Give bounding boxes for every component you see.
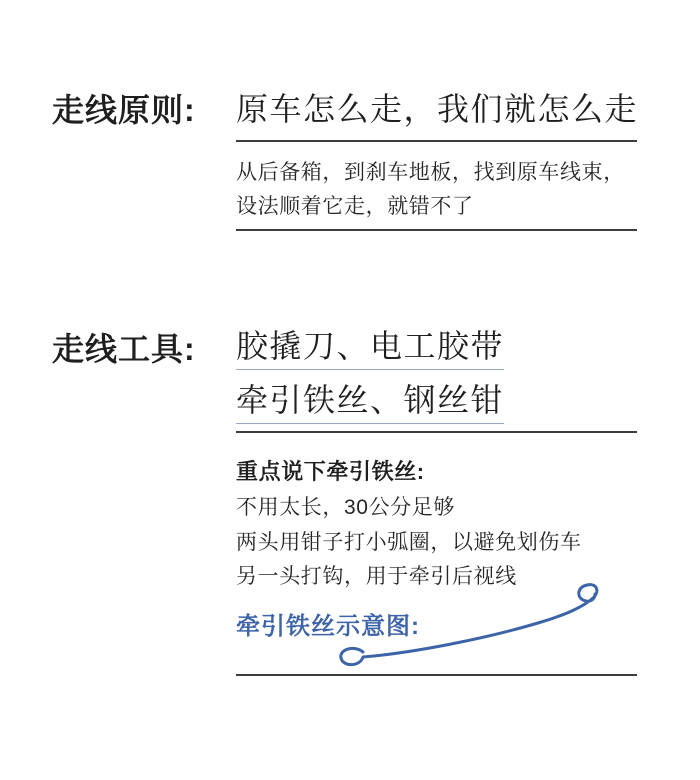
tool-list-line: 牵引铁丝、钢丝钳 (236, 375, 504, 424)
divider (236, 674, 637, 676)
tool-list-line: 胶撬刀、电工胶带 (236, 321, 504, 370)
divider (236, 229, 637, 231)
principle-detail-line: 设法顺着它走，就错不了 (236, 190, 474, 220)
divider (236, 140, 637, 142)
principle-section-label: 走线原则: (52, 85, 196, 131)
document-page: 走线原则: 原车怎么走，我们就怎么走 从后备箱，到刹车地板，找到原车线束， 设法… (0, 0, 700, 780)
principle-detail-line: 从后备箱，到刹车地板，找到原车线束， (236, 156, 625, 186)
traction-wire-note-line: 不用太长，30公分足够 (236, 491, 455, 521)
traction-wire-note-title: 重点说下牵引铁丝: (236, 455, 425, 486)
traction-wire-sketch-icon (332, 583, 624, 677)
divider (236, 431, 637, 433)
traction-wire-note-line: 两头用钳子打小弧圈，以避免划伤车 (236, 526, 582, 556)
principle-headline: 原车怎么走，我们就怎么走 (236, 84, 638, 130)
tools-section-label: 走线工具: (52, 324, 196, 370)
